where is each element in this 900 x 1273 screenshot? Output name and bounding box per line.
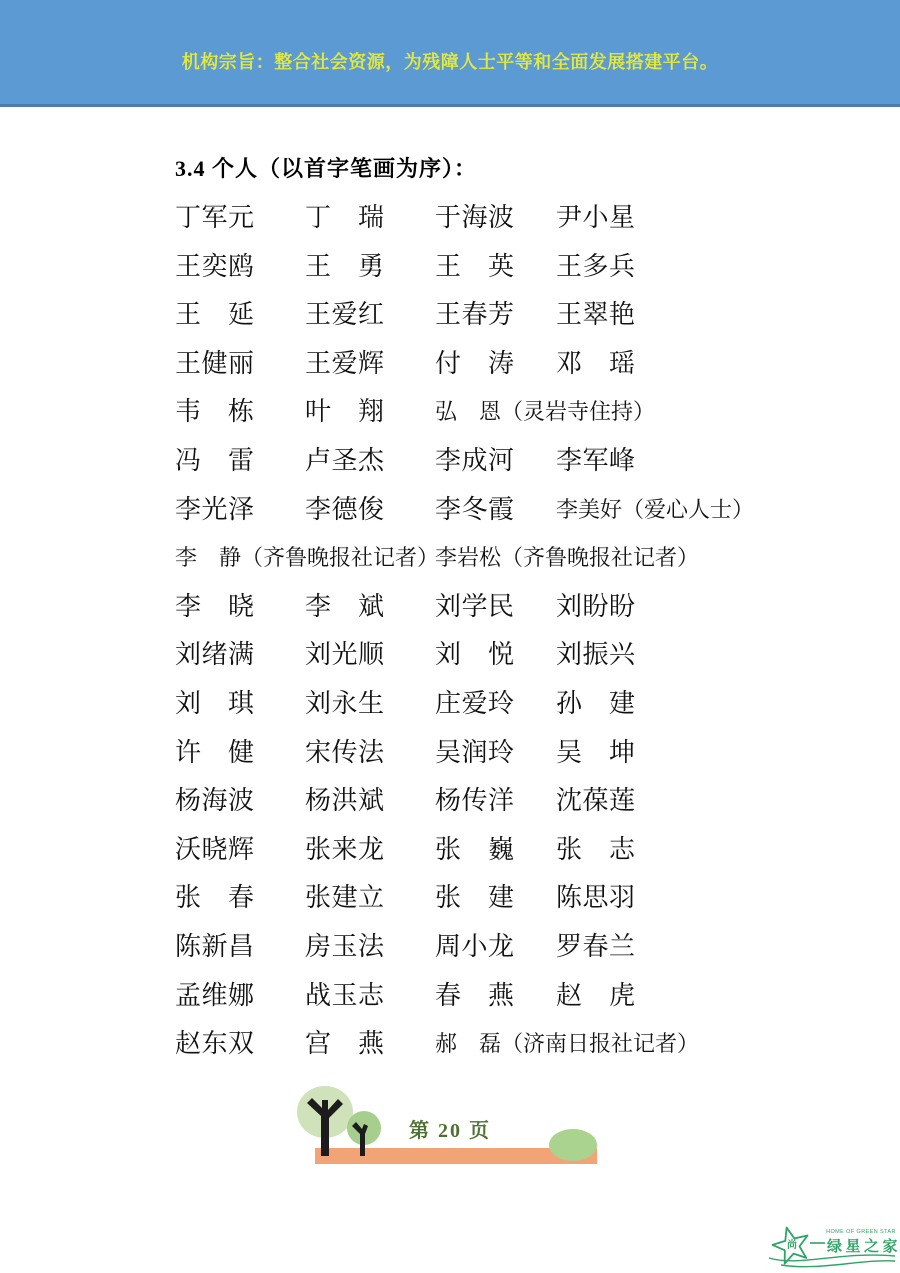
person-name: 王 延: [175, 291, 255, 340]
person-name: 孟维娜: [175, 972, 255, 1021]
footer-illustration: 第 20 页: [280, 1082, 620, 1170]
mission-statement: 机构宗旨：整合社会资源，为残障人士平等和全面发展搭建平台。: [0, 0, 900, 74]
names-grid: 丁军元丁 瑞于海波尹小星王奕鸥王 勇王 英王多兵王 延王爱红王春芳王翠艳王健丽王…: [175, 194, 875, 1069]
person-name: 沈葆莲: [556, 777, 636, 826]
name-row: 许 健宋传法吴润玲吴 坤: [175, 729, 875, 778]
person-name: 刘绪满: [175, 631, 255, 680]
name-row: 冯 雷卢圣杰李成河李军峰: [175, 437, 875, 486]
person-name: 许 健: [175, 729, 255, 778]
person-name: 沃晓辉: [175, 826, 255, 875]
person-name: 李成河: [435, 437, 515, 486]
person-name: 杨洪斌: [305, 777, 385, 826]
person-name: 赵 虎: [556, 972, 636, 1021]
name-row: 孟维娜战玉志春 燕赵 虎: [175, 972, 875, 1021]
header-banner: 机构宗旨：整合社会资源，为残障人士平等和全面发展搭建平台。: [0, 0, 900, 107]
person-name: 赵东双: [175, 1020, 255, 1069]
name-row: 杨海波杨洪斌杨传洋沈葆莲: [175, 777, 875, 826]
person-name: 张 春: [175, 874, 255, 923]
person-name: 刘 琪: [175, 680, 255, 729]
person-name: 周小龙: [435, 923, 515, 972]
person-name: 孙 建: [556, 680, 636, 729]
name-row: 李 晓李 斌刘学民刘盼盼: [175, 583, 875, 632]
person-name: 邓 瑶: [556, 340, 636, 389]
person-name: 张来龙: [305, 826, 385, 875]
name-row: 王健丽王爱辉付 涛邓 瑶: [175, 340, 875, 389]
person-name: 王多兵: [556, 243, 636, 292]
person-name: 刘 悦: [435, 631, 515, 680]
page-number: 第 20 页: [405, 1114, 495, 1143]
person-name: 付 涛: [435, 340, 515, 389]
person-name: 李美好（爱心人士）: [556, 486, 754, 535]
logo-swoosh-bottom: [781, 1261, 895, 1267]
person-name: 宋传法: [305, 729, 385, 778]
person-name: 张 志: [556, 826, 636, 875]
person-name: 杨传洋: [435, 777, 515, 826]
name-row: 刘绪满刘光顺刘 悦刘振兴: [175, 631, 875, 680]
person-name: 刘盼盼: [556, 583, 636, 632]
person-name: 王春芳: [435, 291, 515, 340]
bush: [549, 1129, 597, 1161]
name-row: 张 春张建立张 建陈思羽: [175, 874, 875, 923]
section-title: 3.4 个人（以首字笔画为序）：: [175, 152, 477, 183]
person-name: 刘振兴: [556, 631, 636, 680]
person-name: 李岩松（齐鲁晚报社记者）: [435, 534, 699, 583]
person-name: 陈新昌: [175, 923, 255, 972]
name-row: 王奕鸥王 勇王 英王多兵: [175, 243, 875, 292]
person-name: 丁军元: [175, 194, 255, 243]
person-name: 吴 坤: [556, 729, 636, 778]
person-name: 李 斌: [305, 583, 385, 632]
person-name: 李 晓: [175, 583, 255, 632]
name-row: 沃晓辉张来龙张 巍张 志: [175, 826, 875, 875]
person-name: 刘光顺: [305, 631, 385, 680]
person-name: 王爱辉: [305, 340, 385, 389]
person-name: 李 静（齐鲁晚报社记者）: [175, 534, 439, 583]
person-name: 张 建: [435, 874, 515, 923]
person-name: 韦 栋: [175, 388, 255, 437]
person-name: 王 英: [435, 243, 515, 292]
person-name: 张建立: [305, 874, 385, 923]
document-page: 机构宗旨：整合社会资源，为残障人士平等和全面发展搭建平台。 3.4 个人（以首字…: [0, 0, 900, 1273]
name-row: 韦 栋叶 翔弘 恩（灵岩寺住持）: [175, 388, 875, 437]
person-name: 王 勇: [305, 243, 385, 292]
person-name: 李德俊: [305, 486, 385, 535]
logo-wordmark: 绿星之家: [827, 1237, 897, 1255]
person-name: 李冬霞: [435, 486, 515, 535]
name-row: 赵东双宫 燕郝 磊（济南日报社记者）: [175, 1020, 875, 1069]
name-row: 李 静（齐鲁晚报社记者）李岩松（齐鲁晚报社记者）: [175, 534, 875, 583]
person-name: 春 燕: [435, 972, 515, 1021]
person-name: 弘 恩（灵岩寺住持）: [435, 388, 655, 437]
person-name: 李光泽: [175, 486, 255, 535]
person-name: 王健丽: [175, 340, 255, 389]
person-name: 丁 瑞: [305, 194, 385, 243]
org-logo: 尚 HOME OF GREEN STAR 绿星之家: [765, 1210, 897, 1270]
person-name: 王爱红: [305, 291, 385, 340]
name-row: 刘 琪刘永生庄爱玲孙 建: [175, 680, 875, 729]
person-name: 王翠艳: [556, 291, 636, 340]
person-name: 房玉法: [305, 923, 385, 972]
logo-tagline: HOME OF GREEN STAR: [826, 1229, 896, 1235]
person-name: 庄爱玲: [435, 680, 515, 729]
person-name: 刘学民: [435, 583, 515, 632]
person-name: 张 巍: [435, 826, 515, 875]
person-name: 冯 雷: [175, 437, 255, 486]
person-name: 刘永生: [305, 680, 385, 729]
person-name: 叶 翔: [305, 388, 385, 437]
person-name: 杨海波: [175, 777, 255, 826]
person-name: 于海波: [435, 194, 515, 243]
person-name: 罗春兰: [556, 923, 636, 972]
person-name: 陈思羽: [556, 874, 636, 923]
person-name: 李军峰: [556, 437, 636, 486]
person-name: 尹小星: [556, 194, 636, 243]
person-name: 战玉志: [305, 972, 385, 1021]
person-name: 宫 燕: [305, 1020, 385, 1069]
person-name: 郝 磊（济南日报社记者）: [435, 1020, 699, 1069]
logo-graphic: 尚 HOME OF GREEN STAR 绿星之家: [765, 1210, 897, 1270]
person-name: 卢圣杰: [305, 437, 385, 486]
star-character: 尚: [787, 1238, 797, 1251]
name-row: 李光泽李德俊李冬霞李美好（爱心人士）: [175, 486, 875, 535]
name-row: 王 延王爱红王春芳王翠艳: [175, 291, 875, 340]
person-name: 王奕鸥: [175, 243, 255, 292]
name-row: 丁军元丁 瑞于海波尹小星: [175, 194, 875, 243]
name-row: 陈新昌房玉法周小龙罗春兰: [175, 923, 875, 972]
person-name: 吴润玲: [435, 729, 515, 778]
